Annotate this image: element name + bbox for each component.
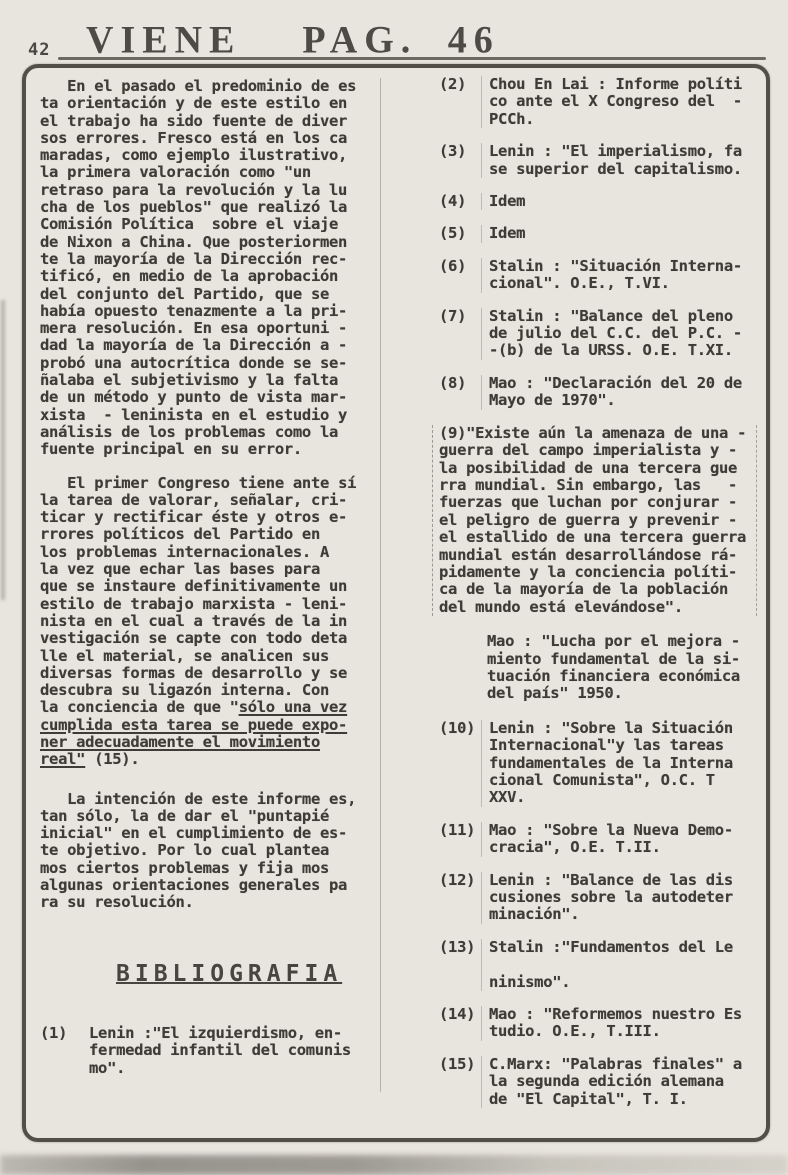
scanned-document-page: 42 VIENE PAG. 46 En el pasado el predomi… [0, 0, 788, 1175]
bib-item-7-text: Stalin : "Balance del pleno de julio del… [481, 308, 757, 360]
bibliography-heading: BIBLIOGRAFIA [116, 966, 374, 983]
bib-item-7-number: (7) [439, 308, 481, 360]
bib-item-13-number: (13) [439, 939, 481, 991]
bib-item-8-number: (8) [439, 375, 481, 410]
bib-item-2-text: Chou En Lai : Informe políti co ante el … [481, 76, 757, 128]
bib-item-4: (4) Idem [439, 193, 757, 210]
bib-item-10: (10) Lenin : "Sobre la Situación Interna… [439, 720, 757, 807]
scan-smudge-bottom [0, 1155, 788, 1175]
bib-item-3-text: Lenin : "El imperialismo, fa se superior… [481, 143, 757, 178]
bib-item-12-text: Lenin : "Balance de las dis cusiones sob… [481, 872, 757, 924]
right-column: (2) Chou En Lai : Informe políti co ante… [439, 76, 757, 1123]
bib-item-4-text: Idem [481, 193, 757, 210]
page-number: 42 [28, 40, 50, 60]
bib-item-1: (1) Lenin :"El izquierdismo, en- fermeda… [40, 1025, 374, 1077]
bib-item-3: (3) Lenin : "El imperialismo, fa se supe… [439, 143, 757, 178]
bib-item-14: (14) Mao : "Reformemos nuestro Es tudio.… [439, 1006, 757, 1041]
bib-item-14-number: (14) [439, 1006, 481, 1041]
bib-item-5: (5) Idem [439, 225, 757, 242]
bib-item-10-number: (10) [439, 720, 481, 807]
bib-item-11: (11) Mao : "Sobre la Nueva Demo- cracia"… [439, 822, 757, 857]
bib-item-8: (8) Mao : "Declaración del 20 de Mayo de… [439, 375, 757, 410]
content-border-box: En el pasado el predominio de es ta orie… [22, 64, 770, 1142]
bib-item-8-text: Mao : "Declaración del 20 de Mayo de 197… [481, 375, 757, 410]
bib-item-10-text: Lenin : "Sobre la Situación Internaciona… [481, 720, 757, 807]
bib-item-4-number: (4) [439, 193, 481, 210]
bib-item-11-text: Mao : "Sobre la Nueva Demo- cracia", O.E… [481, 822, 757, 857]
paragraph-2-before: El primer Congreso tiene ante sí la tare… [40, 474, 356, 717]
bib-item-5-number: (5) [439, 225, 481, 242]
bib-item-1-number: (1) [40, 1025, 82, 1077]
bib-item-1-text: Lenin :"El izquierdismo, en- fermedad in… [82, 1025, 374, 1077]
bib-item-9-number: (9) [439, 424, 466, 442]
paragraph-2-after: (15). [85, 750, 139, 768]
bib-item-14-text: Mao : "Reformemos nuestro Es tudio. O.E.… [481, 1006, 757, 1041]
paragraph-3: La intención de este informe es, tan sól… [40, 791, 374, 912]
bib-item-15-text: C.Marx: "Palabras finales" a la segunda … [481, 1056, 757, 1108]
bib-item-5-text: Idem [481, 225, 757, 242]
bib-item-11-number: (11) [439, 822, 481, 857]
bib-item-12-number: (12) [439, 872, 481, 924]
bib-item-2-number: (2) [439, 76, 481, 128]
bib-item-12: (12) Lenin : "Balance de las dis cusione… [439, 872, 757, 924]
bib-item-15: (15) C.Marx: "Palabras finales" a la seg… [439, 1056, 757, 1108]
bib-item-6: (6) Stalin : "Situación Interna- cional"… [439, 258, 757, 293]
bib-item-6-number: (6) [439, 258, 481, 293]
bib-item-15-number: (15) [439, 1056, 481, 1108]
bib-item-9: (9)"Existe aún la amenaza de una - guerr… [432, 425, 757, 616]
left-column: En el pasado el predominio de es ta orie… [40, 78, 381, 1092]
bib-item-6-text: Stalin : "Situación Interna- cional". O.… [481, 258, 757, 293]
bib-item-9-text: "Existe aún la amenaza de una - guerra d… [439, 424, 746, 616]
header-underline-rule [58, 57, 766, 60]
scan-smudge-left [1, 300, 5, 600]
bib-item-9-mao-reference: Mao : "Lucha por el mejora - miento fund… [487, 633, 757, 703]
paragraph-2: El primer Congreso tiene ante sí la tare… [40, 475, 374, 769]
bib-item-13: (13) Stalin :"Fundamentos del Le ninismo… [439, 939, 757, 991]
paragraph-1: En el pasado el predominio de es ta orie… [40, 78, 374, 459]
bib-item-13-text: Stalin :"Fundamentos del Le ninismo". [481, 939, 757, 991]
bib-item-2: (2) Chou En Lai : Informe políti co ante… [439, 76, 757, 128]
bib-item-3-number: (3) [439, 143, 481, 178]
bib-item-7: (7) Stalin : "Balance del pleno de julio… [439, 308, 757, 360]
